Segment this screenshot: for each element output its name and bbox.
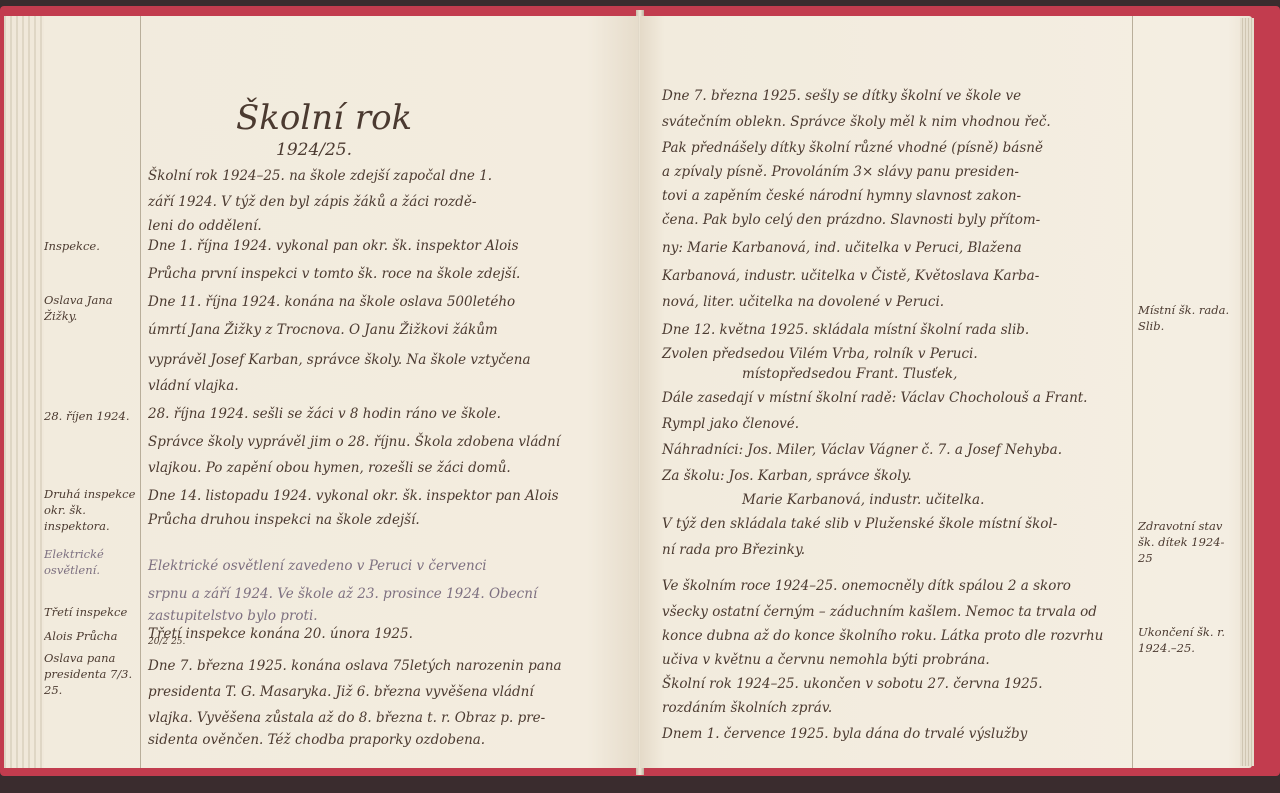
handwritten-line: Náhradníci: Jos. Miler, Václav Vágner č.… (662, 436, 1062, 464)
left-page: Školní rok 1924/25. Inspekce.Oslava Jana… (4, 16, 638, 768)
margin-note: Třetí inspekce (44, 604, 136, 620)
handwritten-line: Ve školním roce 1924–25. onemocněly dítk… (662, 572, 1071, 600)
handwritten-line: Dne 7. března 1925. konána oslava 75letý… (148, 652, 562, 680)
handwritten-line: Rympl jako členové. (662, 410, 799, 438)
handwritten-line: nová, liter. učitelka na dovolené v Peru… (662, 288, 944, 316)
handwritten-line: vyprávěl Josef Karban, správce školy. Na… (148, 346, 531, 374)
handwritten-line: Dne 1. října 1924. vykonal pan okr. šk. … (148, 232, 519, 260)
handwritten-line: sidenta ověnčen. Též chodba praporky ozd… (148, 726, 485, 754)
margin-note: 28. říjen 1924. (44, 408, 136, 424)
handwritten-line: Správce školy vyprávěl jim o 28. říjnu. … (148, 428, 560, 456)
handwritten-line: Karbanová, industr. učitelka v Čistě, Kv… (662, 262, 1039, 290)
margin-note: Ukončení šk. r. 1924.–25. (1138, 624, 1234, 656)
handwritten-line: svátečním oblekn. Správce školy měl k ni… (662, 108, 1051, 136)
page-title: Školní rok (236, 98, 412, 138)
handwritten-line: úmrtí Jana Žižky z Trocnova. O Janu Žižk… (148, 316, 498, 344)
handwritten-line: Třetí inspekce konána 20. února 1925. (148, 620, 413, 648)
margin-note: Druhá inspekce okr. šk. inspektora. (44, 486, 136, 534)
handwritten-line: Dne 11. října 1924. konána na škole osla… (148, 288, 515, 316)
margin-note: Elektrické osvětlení. (44, 546, 136, 578)
page-subtitle: 1924/25. (276, 140, 352, 160)
margin-note: Oslava Jana Žižky. (44, 292, 136, 324)
handwritten-line: vlajkou. Po zapění obou hymen, rozešli s… (148, 454, 511, 482)
handwritten-line: 28. října 1924. sešli se žáci v 8 hodin … (148, 400, 501, 428)
right-page: Místní šk. rada. Slib.Zdravotní stav šk.… (640, 16, 1252, 768)
handwritten-line: 20/2 25. (148, 636, 185, 648)
handwritten-line: Elektrické osvětlení zavedeno v Peruci v… (148, 552, 487, 580)
page-stack-edge (4, 16, 44, 768)
margin-note: Zdravotní stav šk. dítek 1924-25 (1138, 518, 1234, 566)
handwritten-line: ní rada pro Březinky. (662, 536, 805, 564)
handwritten-line: V týž den skládala také slib v Pluženské… (662, 510, 1057, 538)
handwritten-line: Průcha druhou inspekci na škole zdejší. (148, 506, 420, 534)
handwritten-line: Dále zasedají v místní školní radě: Václ… (662, 384, 1087, 412)
handwritten-line: Dne 7. března 1925. sešly se dítky školn… (662, 82, 1021, 110)
page-stack-edge-right (1240, 18, 1254, 766)
margin-note: Oslava pana presidenta 7/3. 25. (44, 650, 136, 698)
handwritten-line: čena. Pak bylo celý den prázdno. Slavnos… (662, 206, 1040, 234)
handwritten-line: presidenta T. G. Masaryka. Již 6. března… (148, 678, 534, 706)
handwritten-line: Školní rok 1924–25. na škole zdejší zapo… (148, 162, 492, 190)
margin-rule (1132, 16, 1133, 768)
margin-note: Alois Průcha (44, 628, 136, 644)
handwritten-line: rozdáním školních zpráv. (662, 694, 832, 722)
handwritten-line: Dnem 1. července 1925. byla dána do trva… (662, 720, 1027, 748)
handwritten-line: ny: Marie Karbanová, ind. učitelka v Per… (662, 234, 1022, 262)
handwritten-line: vládní vlajka. (148, 372, 239, 400)
margin-note: Místní šk. rada. Slib. (1138, 302, 1234, 334)
margin-rule (140, 16, 141, 768)
handwritten-line: Průcha první inspekci v tomto šk. roce n… (148, 260, 520, 288)
margin-note: Inspekce. (44, 238, 136, 254)
